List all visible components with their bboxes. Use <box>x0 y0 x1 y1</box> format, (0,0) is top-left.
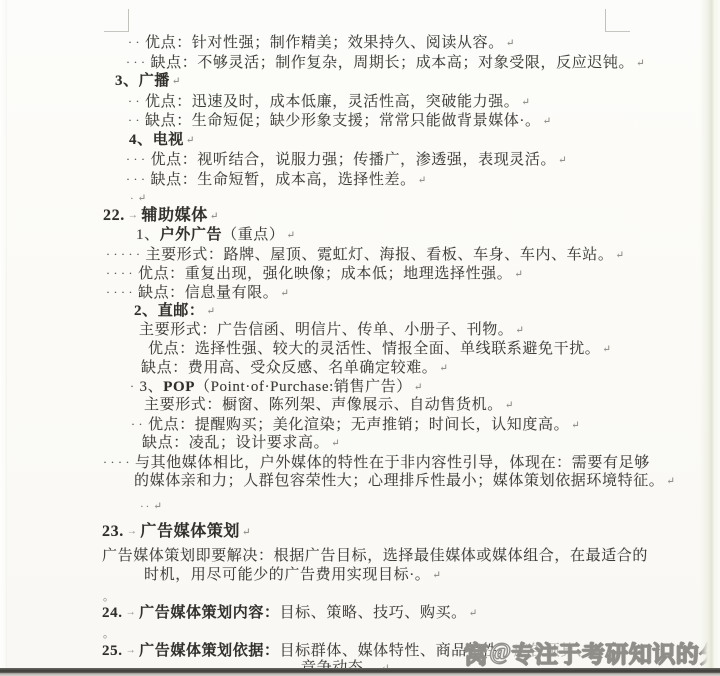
paragraph-mark: ↵ <box>280 288 289 299</box>
watermark-logo-icon: 窝 <box>464 635 489 670</box>
paragraph-mark: ↵ <box>287 230 296 241</box>
heading-22: 22.→辅助媒体↵ <box>103 206 219 226</box>
heading-direct-mail: 2、直邮：↵ <box>134 302 216 321</box>
paragraph-mark: ↵ <box>514 269 523 280</box>
paragraph-mark: ↵ <box>432 570 441 581</box>
paragraph-mark: ↵ <box>414 382 423 393</box>
photo-bottom-edge <box>0 668 720 676</box>
heading-outdoor-ad: 1、户外广告（重点）↵ <box>136 226 296 245</box>
paragraph-mark: ↵ <box>138 193 147 204</box>
watermark-at-icon: @ <box>490 639 512 665</box>
heading-23: 23.→广告媒体策划↵ <box>102 522 251 542</box>
heading-pop: ·3、POP（Point·of·Purchase:销售广告）↵ <box>130 377 423 397</box>
text-line: 缺点：凌乱；设计要求高。↵ <box>142 434 340 453</box>
text-line: ···缺点：不够灵活；制作复杂，周期长；成本高；对象受限，反应迟钝。↵ <box>126 53 645 73</box>
heading-3-radio: 3、广播↵ <box>115 72 181 91</box>
paragraph-mark: ↵ <box>505 400 514 411</box>
text-line: ·····主要形式：路牌、屋顶、霓虹灯、海报、看板、车身、车内、车站。↵ <box>106 245 624 265</box>
paragraph-mark: ↵ <box>469 608 478 619</box>
paragraph-mark: ↵ <box>616 250 625 261</box>
text-line: ··优点：迅速及时，成本低廉，灵活性高，突破能力强。↵ <box>128 92 530 112</box>
text-line: 主要形式：广告信函、明信片、传单、小册子、刊物。↵ <box>139 321 524 340</box>
text-line: 广告媒体策划即要解决：根据广告目标，选择最佳媒体或媒体组合，在最适合的 <box>102 547 648 566</box>
heading-4-tv: 4、电视↵ <box>129 131 195 150</box>
text-line: ··优点：提醒购买；美化渲染；无声推销；时间长，认知度高。↵ <box>131 415 580 435</box>
text-line: ··↵ <box>140 497 162 517</box>
paragraph-mark: ↵ <box>521 97 530 108</box>
paragraph-mark: ↵ <box>186 135 195 146</box>
paragraph-mark: ↵ <box>602 344 611 355</box>
text-line: ···优点：视听结合，说服力强；传播广，渗透强，表现灵活。↵ <box>126 150 567 170</box>
text-line: ····缺点：信息量有限。↵ <box>106 283 289 303</box>
text-line: ····优点：重复出现，强化映像；成本低；地理选择性强。↵ <box>106 264 523 284</box>
document-text: ··优点：针对性强；制作精美；效果持久、阅读从容。↵···缺点：不够灵活；制作复… <box>0 0 720 676</box>
watermark: 窝 @ 专注于考研知识的分享 <box>464 635 720 669</box>
paragraph-mark: ↵ <box>153 501 162 512</box>
watermark-account-name: 专注于考研知识的分享 <box>511 636 720 669</box>
paragraph-mark: ↵ <box>172 76 181 87</box>
paragraph-mark: ↵ <box>439 363 448 374</box>
paragraph-mark: ↵ <box>207 306 216 317</box>
paragraph-mark: ↵ <box>636 58 645 69</box>
paragraph-mark: ↵ <box>666 476 675 487</box>
text-line: 主要形式：橱窗、陈列架、声像展示、自动售货机。↵ <box>144 396 514 415</box>
document-photo: ··优点：针对性强；制作精美；效果持久、阅读从容。↵···缺点：不够灵活；制作复… <box>0 0 720 676</box>
paragraph-mark: ↵ <box>418 175 427 186</box>
paragraph-mark: ↵ <box>558 155 567 166</box>
paragraph-mark: ↵ <box>331 438 340 449</box>
text-line: 时机，用尽可能少的广告费用实现目标·。↵ <box>144 566 441 585</box>
text-line: ···缺点：生命短暂，成本高，选择性差。↵ <box>126 170 427 190</box>
paragraph-mark: ↵ <box>242 527 251 538</box>
text-line: ··优点：针对性强；制作精美；效果持久、阅读从容。↵ <box>128 33 515 53</box>
paragraph-mark: ↵ <box>210 211 219 222</box>
text-line: 优点：选择性强、较大的灵活性、情报全面、单线联系避免干扰。↵ <box>148 340 611 359</box>
text-line: 的媒体亲和力；人群包容荣性大；心理排斥性最小；媒体策划依据环境特征。↵ <box>134 472 675 491</box>
paragraph-mark: ↵ <box>571 420 580 431</box>
paragraph-mark: ↵ <box>506 38 515 49</box>
paragraph-mark: ↵ <box>543 116 552 127</box>
heading-24: 24.→广告媒体策划内容：目标、策略、技巧、购买。↵ <box>102 603 478 623</box>
photo-right-edge <box>700 0 720 676</box>
text-line: 缺点：费用高、受众反感、名单确定较难。↵ <box>141 359 448 378</box>
text-line: ··缺点：生命短促；缺少形象支援；常常只能做背景媒体·。↵ <box>128 111 552 131</box>
paragraph-mark: ↵ <box>515 325 524 336</box>
text-line: ····与其他媒体相比，户外媒体的特性在于非内容性引导，体现在：需要有足够 <box>103 453 650 473</box>
